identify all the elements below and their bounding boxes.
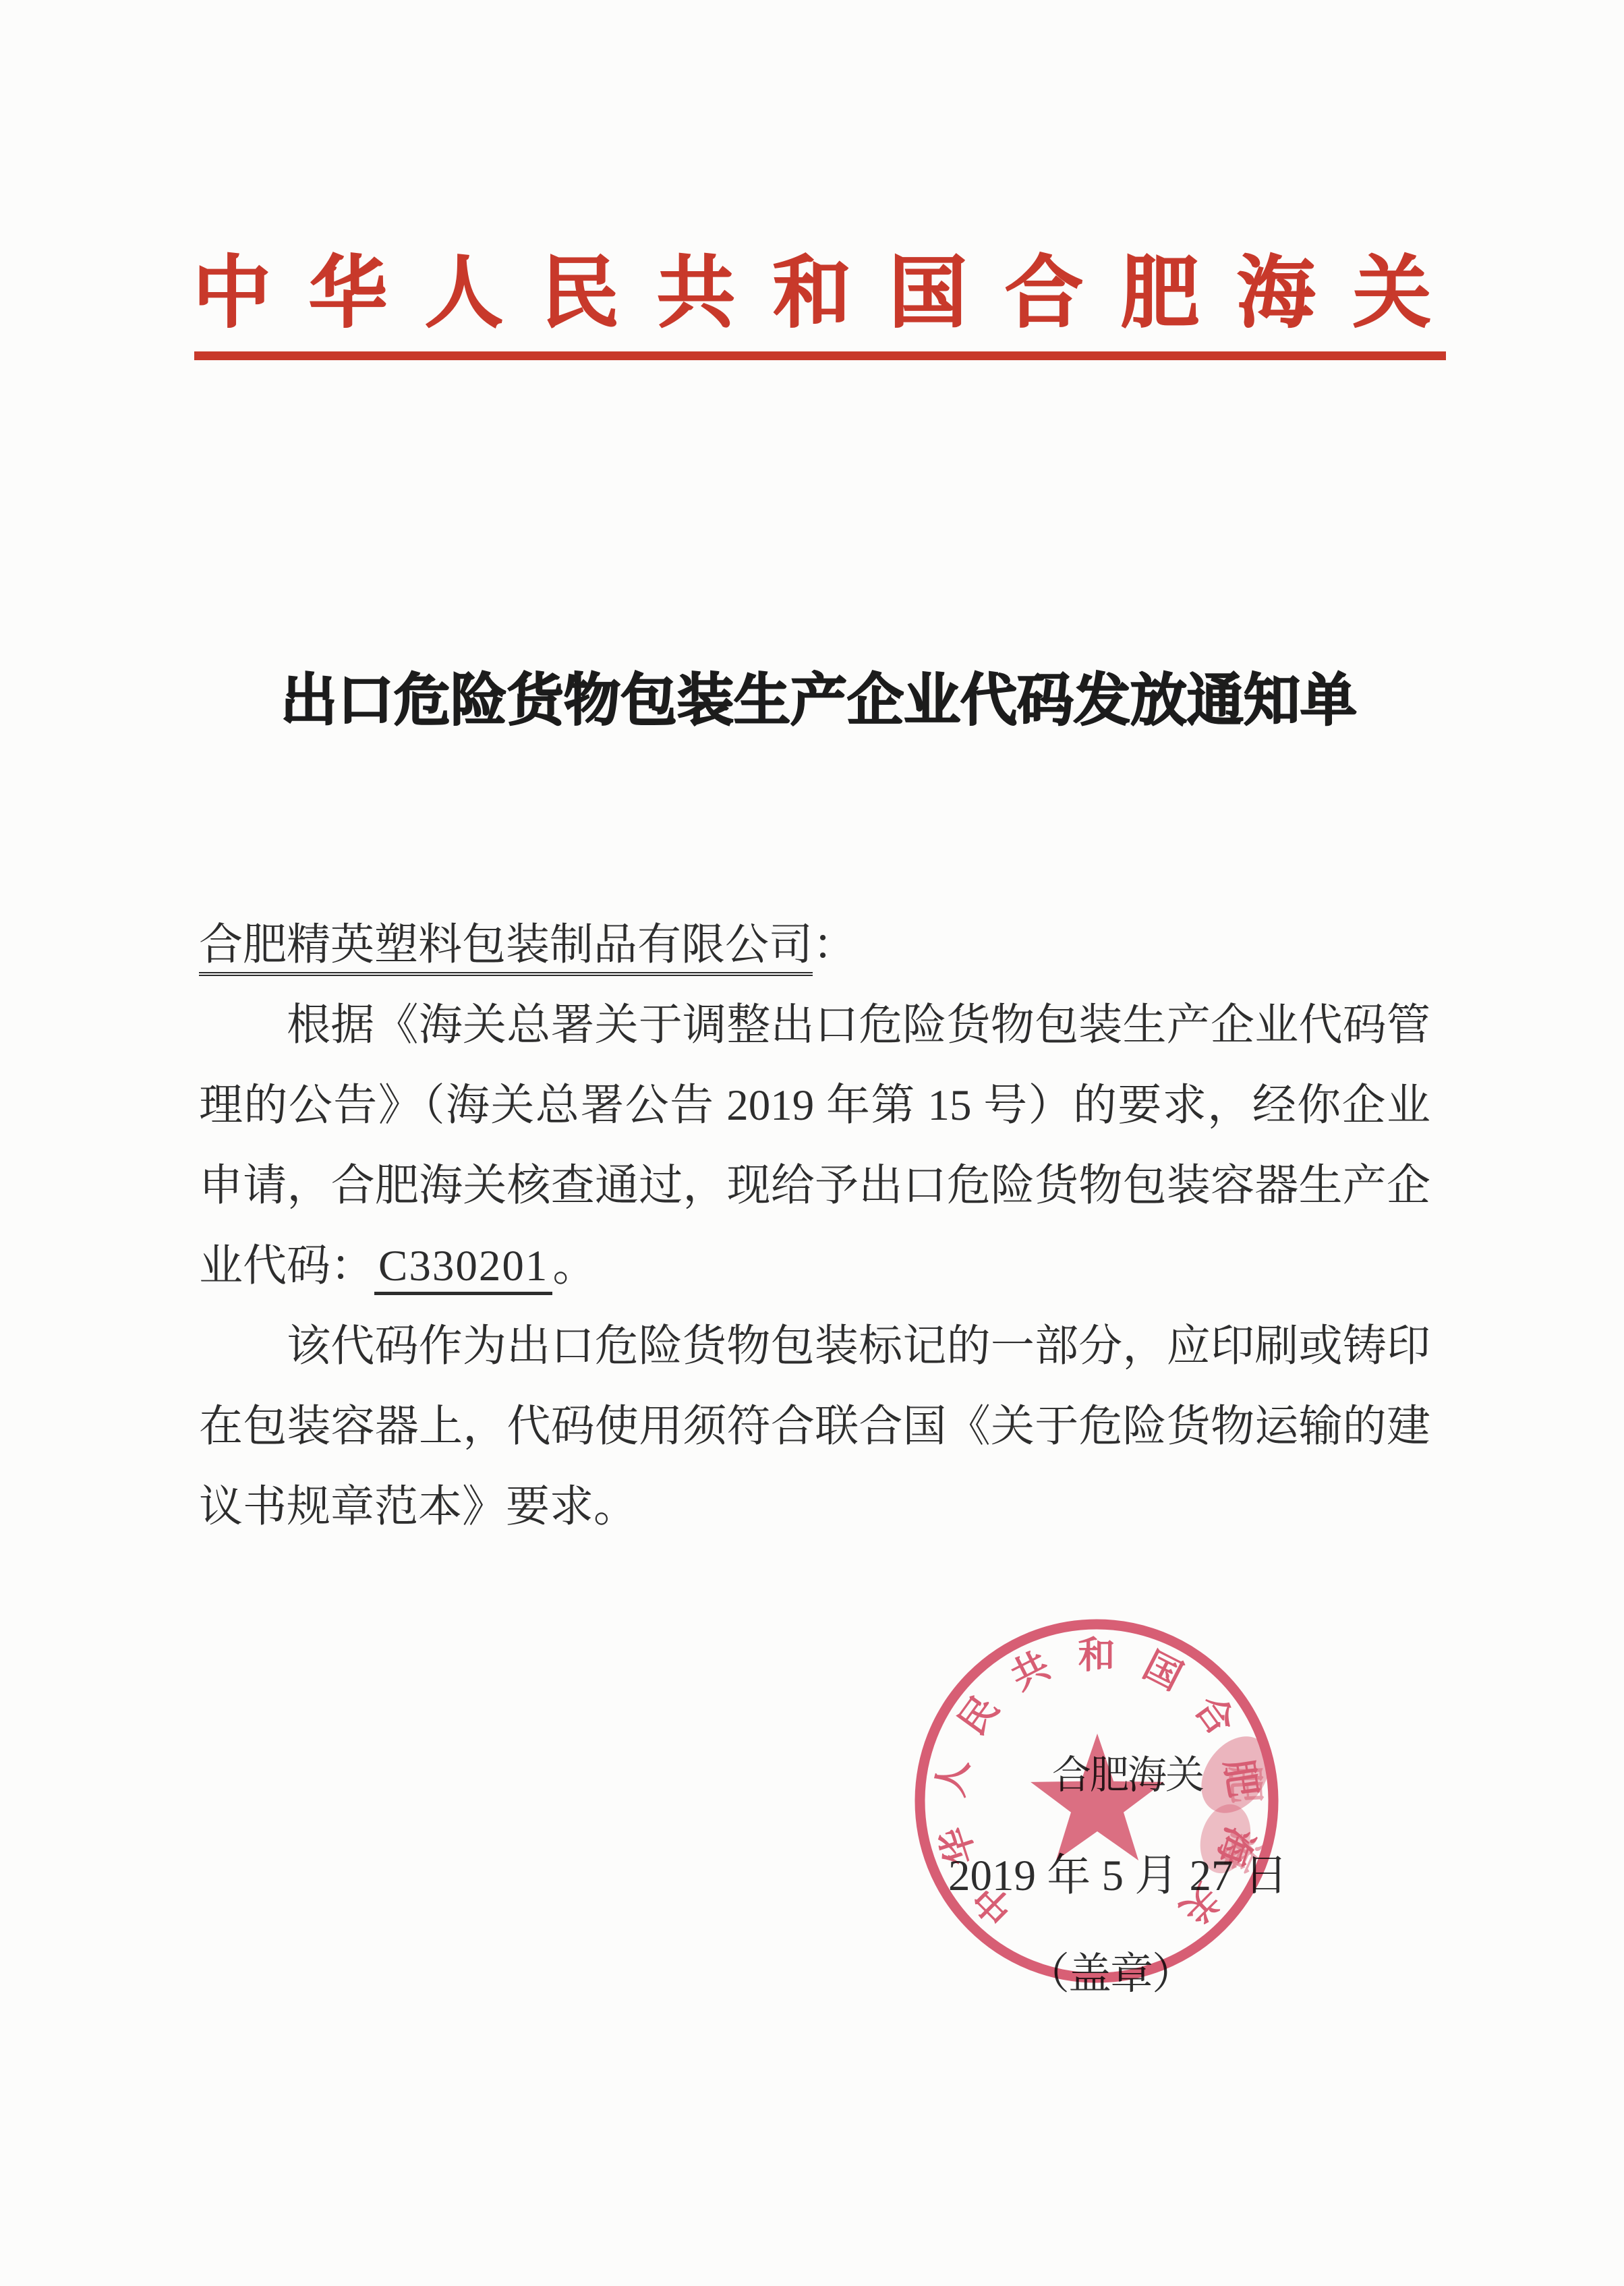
- seal-ring-char: 和: [1078, 1635, 1115, 1676]
- body-line-7: 议书规章范本》要求。: [199, 1467, 1430, 1547]
- seal-issuer-name: 合肥海关: [1052, 1754, 1203, 1797]
- letterhead-rule: [194, 351, 1446, 360]
- enterprise-code-value: C330201: [374, 1242, 552, 1295]
- letterhead-agency-name: 中华人民共和国合肥海关: [0, 254, 1624, 335]
- seal-ring-char: 共: [1005, 1645, 1057, 1698]
- document-body: 合肥精英塑料包装制品有限公司： 根据《海关总署关于调整出口危险货物包装生产企业代…: [199, 905, 1430, 1547]
- seal-graphic: 中华人民共和国合肥肥海海关: [912, 1616, 1281, 1986]
- seal-ring-char: 肥: [1223, 1765, 1267, 1804]
- body-line-2: 理的公告》（海关总署公告 2019 年第 15 号）的要求，经你企业: [199, 1066, 1430, 1146]
- body-line-6: 在包装容器上，代码使用须符合联合国《关于危险货物运输的建: [199, 1387, 1430, 1467]
- seal-ring-char: 人: [929, 1756, 976, 1800]
- scanned-document-page: 中华人民共和国合肥海关 出口危险货物包装生产企业代码发放通知单 合肥精英塑料包装…: [0, 0, 1624, 2286]
- body-line-3: 申请，合肥海关核查通过，现给予出口危险货物包装容器生产企: [199, 1146, 1430, 1226]
- seal-chop-note: （盖章）: [1026, 1951, 1194, 1998]
- recipient-line: 合肥精英塑料包装制品有限公司：: [199, 905, 1430, 985]
- recipient-company-name: 合肥精英塑料包装制品有限公司: [199, 921, 813, 976]
- official-seal: 中华人民共和国合肥肥海海关 合肥海关 2019 年 5 月 27 日 （盖章）: [912, 1616, 1281, 1986]
- recipient-colon: ：: [813, 921, 857, 969]
- body-line-1: 根据《海关总署关于调整出口危险货物包装生产企业代码管: [199, 985, 1430, 1066]
- body-line-5: 该代码作为出口危险货物包装标记的一部分，应印刷或铸印: [199, 1307, 1430, 1387]
- seal-ring-char: 国: [1137, 1645, 1189, 1698]
- code-label: 业代码：: [199, 1242, 374, 1290]
- body-line-4: 业代码：C330201。: [199, 1226, 1430, 1307]
- document-title: 出口危险货物包装生产企业代码发放通知单: [13, 668, 1624, 735]
- code-period: 。: [552, 1242, 596, 1290]
- seal-issue-date: 2019 年 5 月 27 日: [948, 1852, 1288, 1901]
